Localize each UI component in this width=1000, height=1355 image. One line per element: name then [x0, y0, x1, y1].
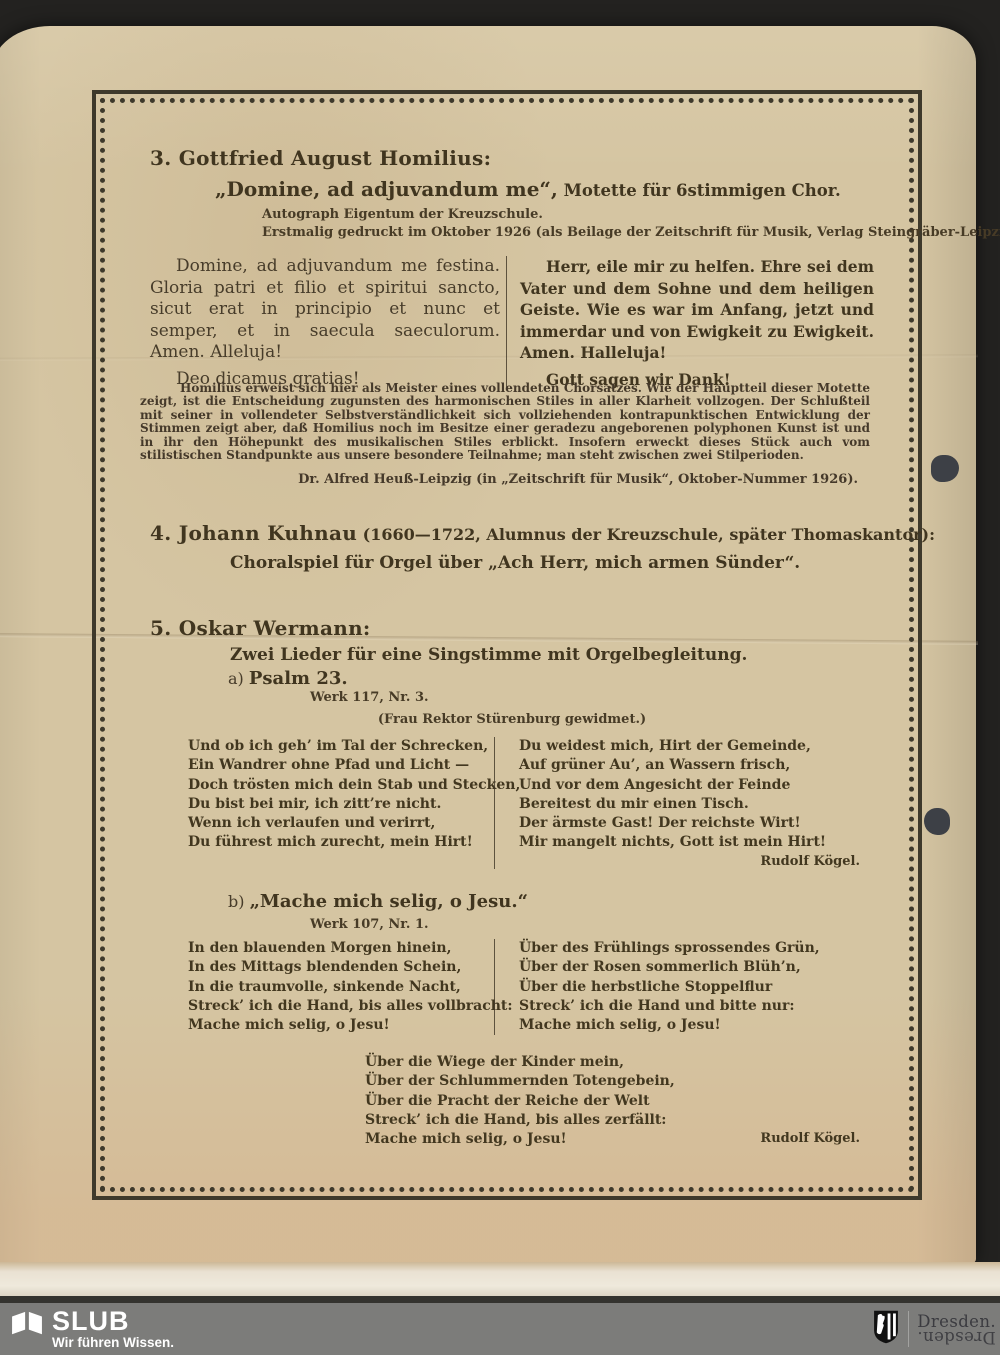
poem-line: Du führest mich zurecht, mein Hirt!: [188, 833, 494, 852]
poem-line: Du bist bei mir, ich zitt’re nicht.: [188, 795, 494, 814]
item5b-werk-number: Werk 107, Nr. 1.: [310, 917, 429, 932]
poem-line: In den blauenden Morgen hinein,: [188, 939, 494, 958]
poem-line: Mache mich selig, o Jesu!: [519, 1016, 874, 1035]
poem-line: Ein Wandrer ohne Pfad und Licht —: [188, 756, 494, 775]
poem-line: Über der Schlummernden Totengebein,: [365, 1072, 675, 1091]
item3-german-column: Herr, eile mir zu helfen. Ehre sei dem V…: [507, 256, 874, 390]
item5a-title: Psalm 23.: [249, 668, 348, 689]
poem-line: Wenn ich verlaufen und verirrt,: [188, 814, 494, 833]
poem-line: In die traumvolle, sinkende Nacht,: [188, 978, 494, 997]
b-left-column: In den blauenden Morgen hinein, In des M…: [170, 939, 494, 1035]
final-stanza: Über die Wiege der Kinder mein, Über der…: [365, 1053, 675, 1149]
open-book-icon: [10, 1310, 44, 1342]
poem-line: Mir mangelt nichts, Gott ist mein Hirt!: [519, 833, 874, 852]
dresden-logo-group: Dresden. Dresden.: [873, 1309, 996, 1349]
poem-line: Auf grüner Au’, an Wassern frisch,: [519, 756, 874, 775]
item5-work-title: Zwei Lieder für eine Singstimme mit Orge…: [230, 645, 747, 665]
psalm23-author: Rudolf Kögel.: [519, 854, 874, 869]
slub-wordmark: SLUB: [52, 1308, 174, 1334]
poem-line: In des Mittags blendenden Schein,: [188, 958, 494, 977]
item3-text-columns: Domine, ad adjuvandum me festina. Gloria…: [150, 256, 874, 390]
item5b-label: b): [228, 892, 250, 911]
b-right-column: Über des Frühlings sprossendes Grün, Übe…: [495, 939, 874, 1035]
item3-latin-column: Domine, ad adjuvandum me festina. Gloria…: [150, 256, 500, 390]
footer-bar: SLUB Wir führen Wissen. Dresden. Dres: [0, 1303, 1000, 1355]
item5b-title: „Mache mich selig, o Jesu.“: [250, 891, 528, 912]
poem-line: Und vor dem Angesicht der Feinde: [519, 776, 874, 795]
poem-line: Über der Rosen sommerlich Blüh’n,: [519, 958, 874, 977]
poem-line: Bereitest du mir einen Tisch.: [519, 795, 874, 814]
item3-commentary: Homilius erweist sich hier als Meister e…: [140, 382, 870, 462]
poem-line: Mache mich selig, o Jesu!: [365, 1130, 675, 1149]
library-footer-band: SLUB Wir führen Wissen. Dresden. Dres: [0, 1296, 1000, 1355]
final-stanza-author: Rudolf Kögel.: [760, 1131, 860, 1146]
mache-mich-selig-columns: In den blauenden Morgen hinein, In des M…: [170, 939, 874, 1035]
poem-line: Über des Frühlings sprossendes Grün,: [519, 939, 874, 958]
poem-line: Über die Pracht der Reiche der Welt: [365, 1092, 675, 1111]
item3-work-subtitle: Motette für 6stimmigen Chor.: [558, 181, 841, 200]
psalm23-right-column: Du weidest mich, Hirt der Gemeinde, Auf …: [495, 737, 874, 869]
item5-heading: 5. Oskar Wermann:: [150, 616, 371, 640]
item3-note-autograph: Autograph Eigentum der Kreuzschule.: [262, 207, 543, 222]
dresden-coat-of-arms-icon: [873, 1309, 899, 1349]
item3-attribution: Dr. Alfred Heuß-Leipzig (in „Zeitschrift…: [140, 472, 858, 487]
german-text: Herr, eile mir zu helfen. Ehre sei dem V…: [520, 256, 874, 364]
footer-top-rule: [0, 1296, 1000, 1303]
poem-line: Über die herbstliche Stoppelflur: [519, 978, 874, 997]
poem-line: Mache mich selig, o Jesu!: [188, 1016, 494, 1035]
item3-heading: 3. Gottfried August Homilius:: [150, 146, 491, 170]
item5a-werk-number: Werk 117, Nr. 3.: [310, 690, 429, 705]
paper-bottom-edge: [0, 1262, 1000, 1296]
poem-line: Streck’ ich die Hand, bis alles zerfällt…: [365, 1111, 675, 1130]
ink-stain-bottom: [924, 808, 950, 835]
latin-text: Domine, ad adjuvandum me festina. Gloria…: [150, 256, 500, 364]
item5a-label: a): [228, 669, 249, 688]
poem-line: Streck’ ich die Hand und bitte nur:: [519, 997, 874, 1016]
poem-line: Doch trösten mich dein Stab und Stecken,: [188, 776, 494, 795]
poem-line: Streck’ ich die Hand, bis alles vollbrac…: [188, 997, 494, 1016]
dresden-wordmark-mirrored: Dresden.: [917, 1329, 996, 1345]
poem-line: Und ob ich geh’ im Tal der Schrecken,: [188, 737, 494, 756]
poem-line: Du weidest mich, Hirt der Gemeinde,: [519, 737, 874, 756]
poem-line: Der ärmste Gast! Der reichste Wirt!: [519, 814, 874, 833]
item4-heading: 4. Johann Kuhnau: [150, 521, 357, 545]
item4-heading-detail: (1660—1722, Alumnus der Kreuzschule, spä…: [357, 525, 935, 544]
dresden-wordmark-block: Dresden. Dresden.: [917, 1314, 996, 1345]
psalm23-left-column: Und ob ich geh’ im Tal der Schrecken, Ei…: [170, 737, 494, 869]
footer-divider-rule: [908, 1311, 909, 1347]
scanned-concert-program-page: 3. Gottfried August Homilius: „Domine, a…: [0, 0, 1000, 1355]
slub-logo-group: SLUB Wir führen Wissen.: [10, 1308, 174, 1350]
psalm23-poem-columns: Und ob ich geh’ im Tal der Schrecken, Ei…: [170, 737, 874, 869]
item3-note-printed: Erstmalig gedruckt im Oktober 1926 (als …: [262, 225, 1000, 240]
slub-tagline: Wir führen Wissen.: [52, 1335, 174, 1350]
poem-line: Über die Wiege der Kinder mein,: [365, 1053, 675, 1072]
item3-work-title: „Domine, ad adjuvandum me“,: [215, 177, 558, 201]
item4-work: Choralspiel für Orgel über „Ach Herr, mi…: [230, 553, 800, 573]
slub-text-block: SLUB Wir führen Wissen.: [52, 1308, 174, 1350]
item5a-dedication: (Frau Rektor Stürenburg gewidmet.): [150, 712, 874, 727]
